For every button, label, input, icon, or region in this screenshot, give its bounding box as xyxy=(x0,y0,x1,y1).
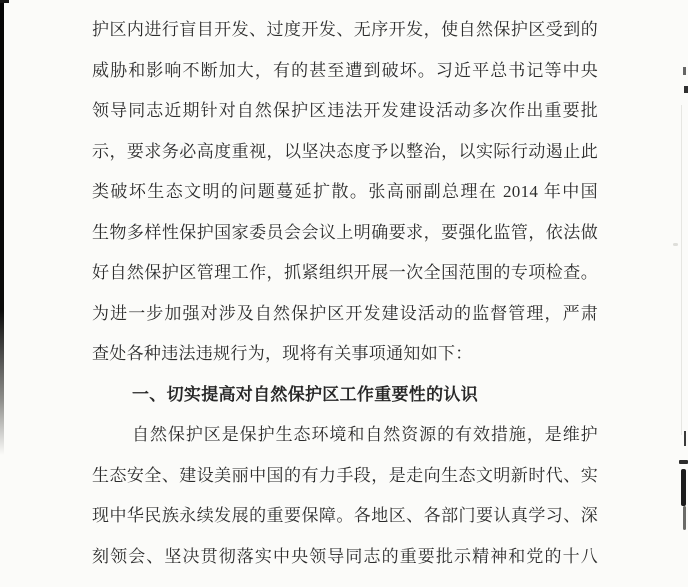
text-line: 生物多样性保护国家委员会会议上明确要求，要强化监管，依法做 xyxy=(92,213,598,254)
scan-artifact-stroke-tail xyxy=(683,506,686,530)
text-line: 为进一步加强对涉及自然保护区开发建设活动的监督管理，严肃 xyxy=(92,294,598,335)
scan-artifact-dash-vertical xyxy=(684,431,686,446)
text-line: 自然保护区是保护生态环境和自然资源的有效措施，是维护 xyxy=(92,415,598,456)
scan-artifact-speck xyxy=(673,243,678,246)
text-line: 好自然保护区管理工作，抓紧组织开展一次全国范围的专项检查。 xyxy=(92,253,598,294)
scan-artifact-dash-horizontal xyxy=(679,460,688,464)
text-line: 护区内进行盲目开发、过度开发、无序开发，使自然保护区受到的 xyxy=(92,10,598,51)
text-line: 刻领会、坚决贯彻落实中央领导同志的重要批示精神和党的十八 xyxy=(92,537,598,578)
scan-artifact-dot xyxy=(684,86,688,93)
scan-artifact-faint-line xyxy=(681,105,682,435)
scan-artifact-tick xyxy=(683,67,686,75)
text-line: 领导同志近期针对自然保护区违法开发建设活动多次作出重要批 xyxy=(92,91,598,132)
scan-edge-artifact-corner xyxy=(0,0,9,3)
text-line: 示，要求务必高度重视，以坚决态度予以整治，以实际行动遏止此 xyxy=(92,132,598,173)
scan-artifact-thick-stroke xyxy=(681,469,686,506)
document-text-block: 护区内进行盲目开发、过度开发、无序开发，使自然保护区受到的 威胁和影响不断加大，… xyxy=(92,10,598,577)
text-line: 威胁和影响不断加大，有的甚至遭到破坏。习近平总书记等中央 xyxy=(92,51,598,92)
text-line: 生态安全、建设美丽中国的有力手段，是走向生态文明新时代、实 xyxy=(92,456,598,497)
text-line: 现中华民族永续发展的重要保障。各地区、各部门要认真学习、深 xyxy=(92,496,598,537)
text-line: 查处各种违法违规行为，现将有关事项通知如下： xyxy=(92,334,598,375)
scanned-document-page: 护区内进行盲目开发、过度开发、无序开发，使自然保护区受到的 威胁和影响不断加大，… xyxy=(0,0,688,587)
section-heading: 一、切实提高对自然保护区工作重要性的认识 xyxy=(92,375,598,416)
text-line: 类破坏生态文明的问题蔓延扩散。张高丽副总理在 2014 年中国 xyxy=(92,172,598,213)
scan-edge-artifact-left xyxy=(0,0,4,455)
